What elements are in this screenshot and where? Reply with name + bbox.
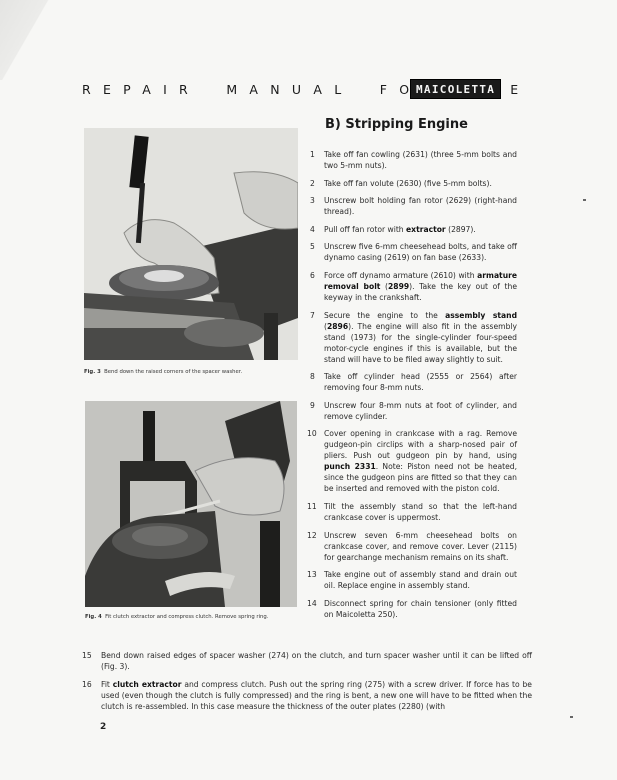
step-text: Unscrew seven 6-mm cheesehead bolts on c…: [324, 530, 517, 563]
step-number: 5: [307, 241, 324, 263]
step-number: 9: [307, 400, 324, 422]
photo-clutch-extractor: [85, 401, 297, 607]
step-item: 5Unscrew five 6-mm cheesehead bolts, and…: [307, 241, 517, 263]
section-title: B) Stripping Engine: [325, 117, 468, 132]
step-number: 10: [307, 428, 324, 494]
page-number: 2: [100, 722, 106, 732]
step-text: Disconnect spring for chain tensioner (o…: [324, 598, 517, 620]
step-number: 4: [307, 224, 324, 235]
scan-speck: [583, 199, 586, 201]
full-width-steps-list: 15Bend down raised edges of spacer washe…: [82, 650, 532, 718]
step-item: 4Pull off fan rotor with extractor (2897…: [307, 224, 517, 235]
step-text: Bend down raised edges of spacer washer …: [101, 650, 532, 672]
step-number: 1: [307, 149, 324, 171]
step-number: 16: [82, 679, 101, 712]
brand-logo: MAICOLETTA: [410, 79, 501, 99]
figure-3-photo: [84, 128, 298, 360]
step-item: 3Unscrew bolt holding fan rotor (2629) (…: [307, 195, 517, 217]
figure-3-caption: Fig. 3 Bend down the raised corners of t…: [84, 369, 242, 375]
step-number: 2: [307, 178, 324, 189]
step-item: 11Tilt the assembly stand so that the le…: [307, 501, 517, 523]
step-number: 11: [307, 501, 324, 523]
step-item: 16Fit clutch extractor and compress clut…: [82, 679, 532, 712]
step-text: Pull off fan rotor with extractor (2897)…: [324, 224, 517, 235]
step-item: 10Cover opening in crankcase with a rag.…: [307, 428, 517, 494]
step-text: Cover opening in crankcase with a rag. R…: [324, 428, 517, 494]
step-text: Unscrew bolt holding fan rotor (2629) (r…: [324, 195, 517, 217]
step-text: Take off cylinder head (2555 or 2564) af…: [324, 371, 517, 393]
step-item: 12Unscrew seven 6-mm cheesehead bolts on…: [307, 530, 517, 563]
step-number: 12: [307, 530, 324, 563]
step-item: 13Take engine out of assembly stand and …: [307, 569, 517, 591]
steps-list: 1Take off fan cowling (2631) (three 5-mm…: [307, 149, 517, 626]
step-item: 8Take off cylinder head (2555 or 2564) a…: [307, 371, 517, 393]
step-text: Fit clutch extractor and compress clutch…: [101, 679, 532, 712]
step-item: 14Disconnect spring for chain tensioner …: [307, 598, 517, 620]
step-number: 8: [307, 371, 324, 393]
step-text: Secure the engine to the assembly stand …: [324, 310, 517, 365]
step-item: 7Secure the engine to the assembly stand…: [307, 310, 517, 365]
step-item: 6Force off dynamo armature (2610) with a…: [307, 270, 517, 303]
step-text: Tilt the assembly stand so that the left…: [324, 501, 517, 523]
step-number: 15: [82, 650, 101, 672]
step-text: Force off dynamo armature (2610) with ar…: [324, 270, 517, 303]
step-text: Unscrew five 6-mm cheesehead bolts, and …: [324, 241, 517, 263]
page-fold-shadow: [0, 0, 60, 80]
step-item: 1Take off fan cowling (2631) (three 5-mm…: [307, 149, 517, 171]
step-item: 9Unscrew four 8-mm nuts at foot of cylin…: [307, 400, 517, 422]
step-number: 13: [307, 569, 324, 591]
step-text: Take off fan volute (2630) (five 5-mm bo…: [324, 178, 517, 189]
scan-speck: [570, 716, 573, 718]
page-header: REPAIR MANUAL FOR THE MAICOLETTA: [82, 77, 492, 101]
step-text: Take engine out of assembly stand and dr…: [324, 569, 517, 591]
photo-hammer-clutch: [84, 128, 298, 360]
step-number: 14: [307, 598, 324, 620]
figure-4-caption: Fig. 4 Fit clutch extractor and compress…: [85, 614, 268, 620]
step-text: Unscrew four 8-mm nuts at foot of cylind…: [324, 400, 517, 422]
figure-4-photo: [85, 401, 297, 607]
step-number: 6: [307, 270, 324, 303]
step-item: 2Take off fan volute (2630) (five 5-mm b…: [307, 178, 517, 189]
step-number: 7: [307, 310, 324, 365]
step-text: Take off fan cowling (2631) (three 5-mm …: [324, 149, 517, 171]
step-number: 3: [307, 195, 324, 217]
step-item: 15Bend down raised edges of spacer washe…: [82, 650, 532, 672]
